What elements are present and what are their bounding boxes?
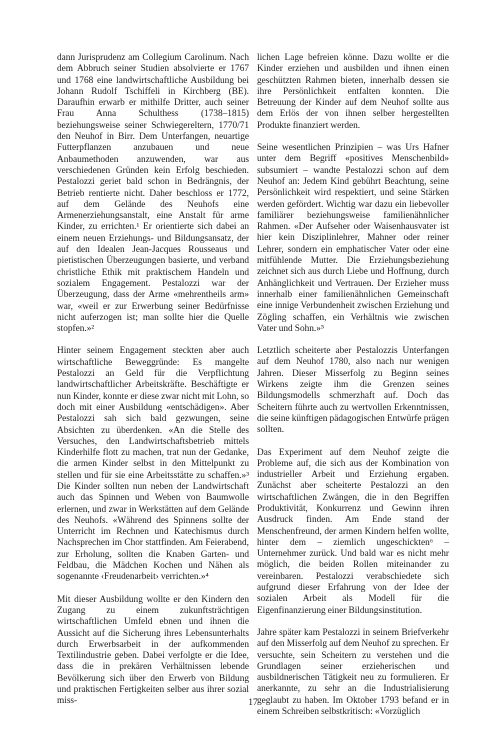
page-number: 17 xyxy=(57,698,449,709)
right-column: lichen Lage befreien könne. Dazu wollte … xyxy=(257,53,449,718)
paragraph: lichen Lage befreien könne. Dazu wollte … xyxy=(257,53,449,132)
paragraph: Mit dieser Ausbildung wollte er den Kind… xyxy=(57,595,249,708)
paragraph: Seine wesentlichen Prinzipien – was Urs … xyxy=(257,143,449,335)
paragraph: Letztlich scheiterte aber Pestalozzis Un… xyxy=(257,346,449,436)
paragraph: Das Experiment auf dem Neuhof zeigte die… xyxy=(257,448,449,617)
paragraph: Hinter seinem Engagement steckten aber a… xyxy=(57,346,249,583)
paragraph: dann Jurisprudenz am Collegium Carolinum… xyxy=(57,53,249,335)
document-page: dann Jurisprudenz am Collegium Carolinum… xyxy=(0,0,500,737)
text-columns: dann Jurisprudenz am Collegium Carolinum… xyxy=(57,53,449,718)
left-column: dann Jurisprudenz am Collegium Carolinum… xyxy=(57,53,249,718)
